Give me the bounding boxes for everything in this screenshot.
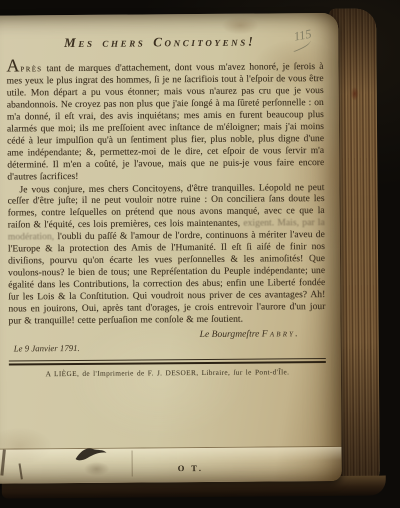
photo-backdrop: 115 Mes chers Concitoyens! Après tant de… bbox=[0, 0, 400, 508]
document-title: Mes chers Concitoyens! bbox=[6, 33, 313, 51]
ink-blot-mark bbox=[73, 445, 109, 463]
signature-prefix: Le Bourgmeſtre bbox=[200, 328, 262, 339]
paragraph-1: Après tant de marques d'attachement, don… bbox=[6, 58, 324, 183]
document-page: 115 Mes chers Concitoyens! Après tant de… bbox=[0, 13, 342, 484]
signature-line: Le Bourgmeſtre Fabry. bbox=[9, 328, 298, 341]
gathering-mark: O T. bbox=[178, 463, 204, 473]
paragraph-1-text: tant de marques d'attachement, dont vous… bbox=[7, 61, 325, 182]
fore-edge-stain-mark bbox=[351, 87, 359, 101]
signature-name: Fabry bbox=[262, 328, 296, 339]
imprint-line: A LIÈGE, de l'Imprimerie de F. J. DESOER… bbox=[9, 367, 326, 378]
edge-streak-mark bbox=[19, 463, 23, 479]
paragraph-2: Je vous conjure, mes chers Concitoyens, … bbox=[7, 182, 325, 328]
page-fold-strip: O T. bbox=[0, 446, 342, 484]
divider-rule bbox=[9, 358, 326, 365]
lead-small-caps: près bbox=[20, 63, 42, 74]
dateline: Le 9 Janvier 1791. bbox=[14, 341, 326, 353]
edge-streak-mark bbox=[0, 449, 6, 475]
fold-crease bbox=[132, 451, 133, 477]
book: 115 Mes chers Concitoyens! Après tant de… bbox=[0, 0, 400, 508]
signature-period: . bbox=[295, 328, 297, 339]
paragraph-2-text-b: l'oubli du paſſé & l'amour de l'ordre, c… bbox=[8, 229, 326, 326]
page-content: Mes chers Concitoyens! Après tant de mar… bbox=[0, 13, 341, 379]
drop-cap-initial: A bbox=[6, 55, 20, 75]
